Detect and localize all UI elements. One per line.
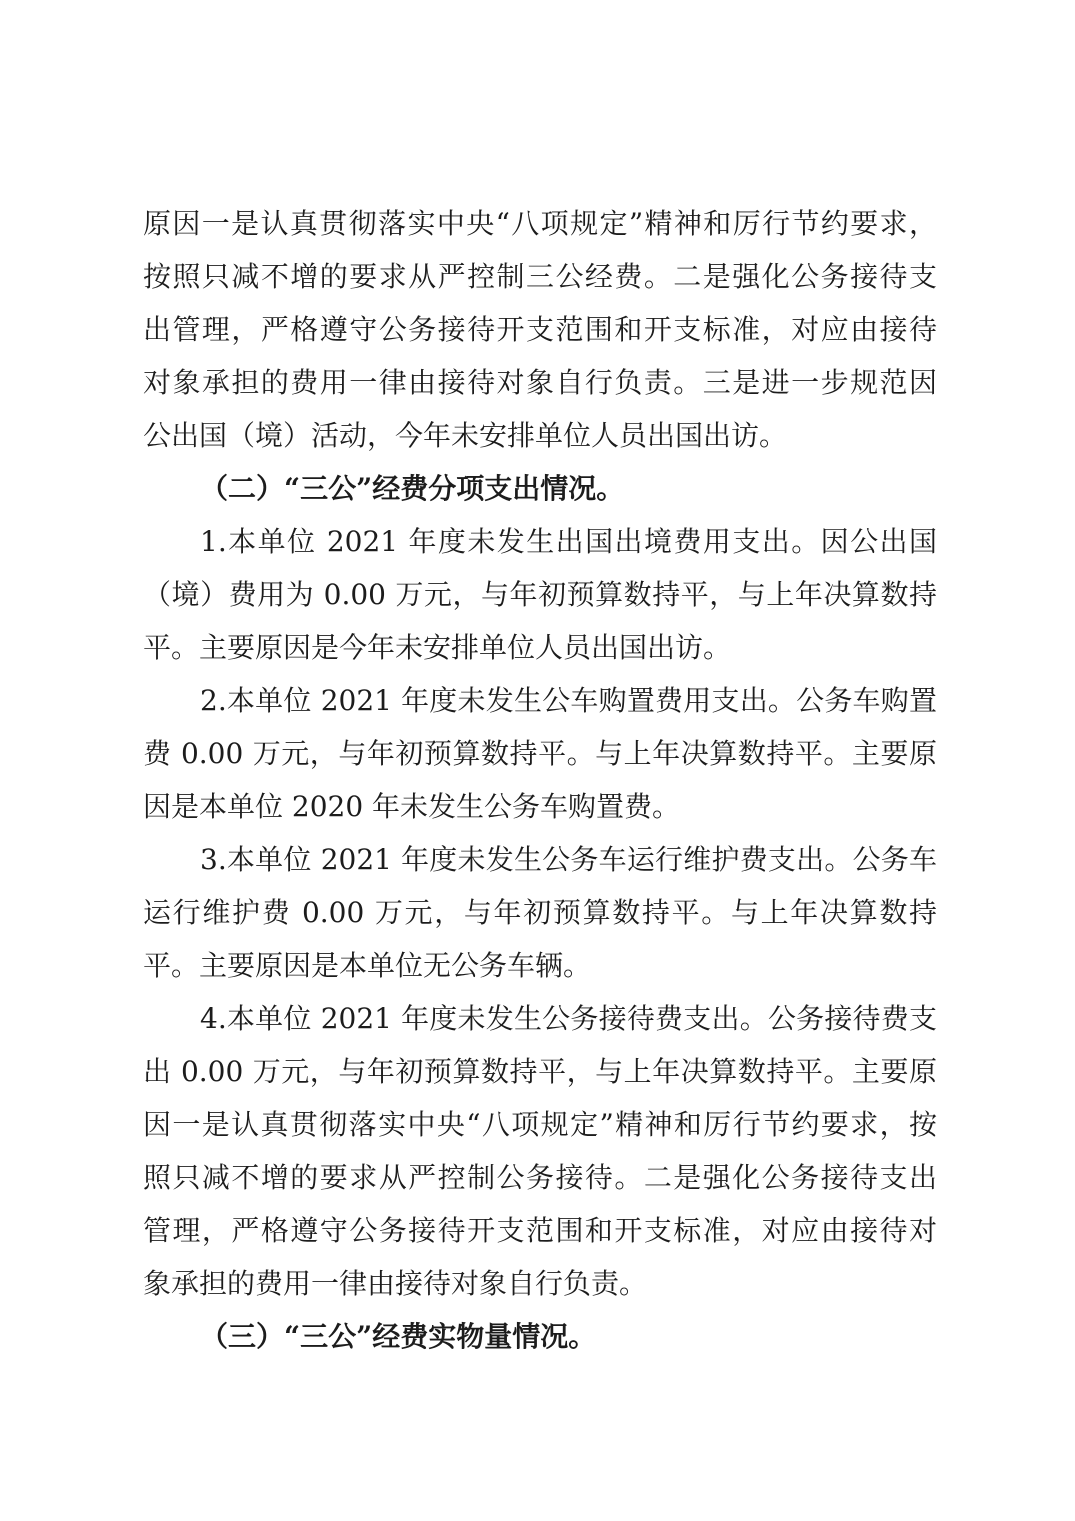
text-line: 平。主要原因是今年未安排单位人员出国出访。 bbox=[143, 621, 937, 674]
text-line: 平。主要原因是本单位无公务车辆。 bbox=[143, 939, 937, 992]
text-line: 因一是认真贯彻落实中央“八项规定”精神和厉行节约要求，按 bbox=[143, 1098, 937, 1151]
text-line: （三）“三公”经费实物量情况。 bbox=[143, 1310, 937, 1363]
text-line: 对象承担的费用一律由接待对象自行负责。三是进一步规范因 bbox=[143, 356, 937, 409]
text-line: 运行维护费 0.00 万元，与年初预算数持平。与上年决算数持 bbox=[143, 886, 937, 939]
paragraph: 2.本单位 2021 年度未发生公车购置费用支出。公务车购置费 0.00 万元，… bbox=[143, 674, 937, 833]
text-line: 照只减不增的要求从严控制公务接待。二是强化公务接待支出 bbox=[143, 1151, 937, 1204]
text-line: 因是本单位 2020 年未发生公务车购置费。 bbox=[143, 780, 937, 833]
paragraph: 3.本单位 2021 年度未发生公务车运行维护费支出。公务车运行维护费 0.00… bbox=[143, 833, 937, 992]
text-line: 管理，严格遵守公务接待开支范围和开支标准，对应由接待对 bbox=[143, 1204, 937, 1257]
text-line: 出 0.00 万元，与年初预算数持平，与上年决算数持平。主要原 bbox=[143, 1045, 937, 1098]
text-line: 3.本单位 2021 年度未发生公务车运行维护费支出。公务车 bbox=[143, 833, 937, 886]
text-line: 费 0.00 万元，与年初预算数持平。与上年决算数持平。主要原 bbox=[143, 727, 937, 780]
text-line: 出管理，严格遵守公务接待开支范围和开支标准，对应由接待 bbox=[143, 303, 937, 356]
paragraph: 1.本单位 2021 年度未发生出国出境费用支出。因公出国（境）费用为 0.00… bbox=[143, 515, 937, 674]
text-line: 2.本单位 2021 年度未发生公车购置费用支出。公务车购置 bbox=[143, 674, 937, 727]
section-heading: （三）“三公”经费实物量情况。 bbox=[143, 1310, 937, 1363]
section-heading: （二）“三公”经费分项支出情况。 bbox=[143, 462, 937, 515]
text-line: 按照只减不增的要求从严控制三公经费。二是强化公务接待支 bbox=[143, 250, 937, 303]
document-page: 原因一是认真贯彻落实中央“八项规定”精神和厉行节约要求，按照只减不增的要求从严控… bbox=[0, 0, 1075, 1521]
document-body: 原因一是认真贯彻落实中央“八项规定”精神和厉行节约要求，按照只减不增的要求从严控… bbox=[143, 197, 937, 1363]
text-line: 原因一是认真贯彻落实中央“八项规定”精神和厉行节约要求， bbox=[143, 197, 937, 250]
text-line: 公出国（境）活动，今年未安排单位人员出国出访。 bbox=[143, 409, 937, 462]
text-line: 象承担的费用一律由接待对象自行负责。 bbox=[143, 1257, 937, 1310]
text-line: （二）“三公”经费分项支出情况。 bbox=[143, 462, 937, 515]
text-line: （境）费用为 0.00 万元，与年初预算数持平，与上年决算数持 bbox=[143, 568, 937, 621]
text-line: 1.本单位 2021 年度未发生出国出境费用支出。因公出国 bbox=[143, 515, 937, 568]
paragraph: 4.本单位 2021 年度未发生公务接待费支出。公务接待费支出 0.00 万元，… bbox=[143, 992, 937, 1310]
text-line: 4.本单位 2021 年度未发生公务接待费支出。公务接待费支 bbox=[143, 992, 937, 1045]
paragraph: 原因一是认真贯彻落实中央“八项规定”精神和厉行节约要求，按照只减不增的要求从严控… bbox=[143, 197, 937, 462]
